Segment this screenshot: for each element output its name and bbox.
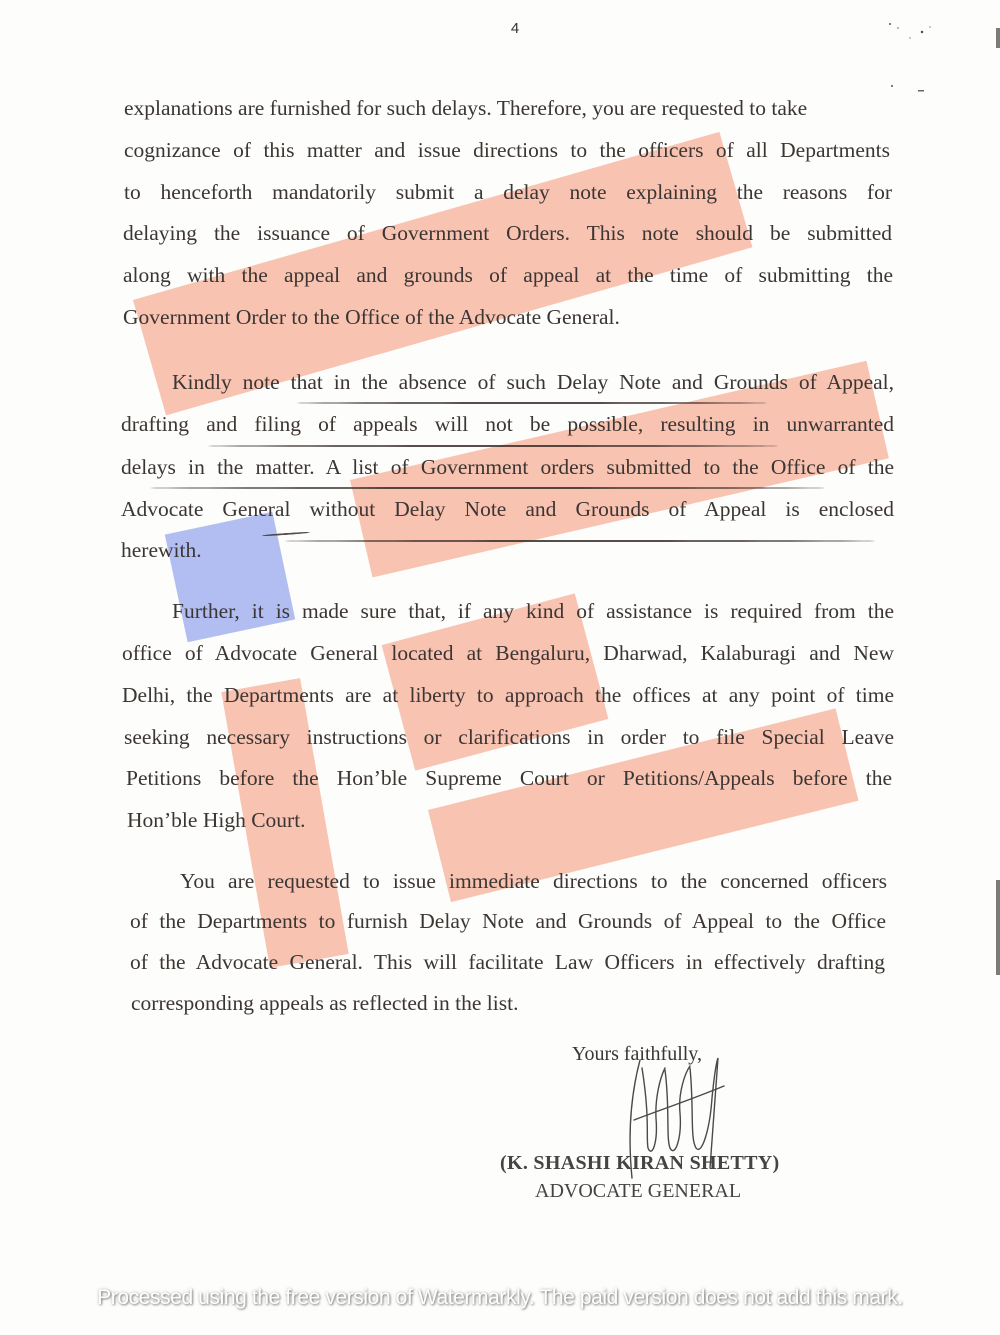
text-line: explanations are furnished for such dela…: [124, 88, 807, 129]
page-number: 4: [0, 20, 1000, 37]
text-line: Advocate General without Delay Note and …: [121, 489, 894, 530]
pen-underline: [208, 445, 778, 447]
text-line: herewith.: [121, 530, 202, 571]
text-line: Further, it is made sure that, if any ki…: [172, 591, 894, 632]
text-line: corresponding appeals as reflected in th…: [131, 983, 518, 1024]
text-line: Hon’ble High Court.: [127, 800, 306, 841]
text-line: of the Departments to furnish Delay Note…: [130, 901, 886, 942]
signatory-title: ADVOCATE GENERAL: [535, 1180, 741, 1203]
text-line: Delhi, the Departments are at liberty to…: [122, 675, 894, 716]
pen-underline: [285, 540, 875, 542]
text-line: seeking necessary instructions or clarif…: [124, 717, 894, 758]
scan-edge-bottom: [996, 880, 1000, 975]
text-line: of the Advocate General. This will facil…: [130, 942, 885, 983]
text-line: delaying the issuance of Government Orde…: [123, 213, 892, 254]
text-line: Kindly note that in the absence of such …: [172, 362, 894, 403]
text-line: You are requested to issue immediate dir…: [180, 861, 887, 902]
text-line: Petitions before the Hon’ble Supreme Cou…: [126, 758, 892, 799]
text-line: office of Advocate General located at Be…: [122, 633, 894, 674]
scan-specks: [880, 18, 960, 118]
pen-underline: [297, 402, 767, 404]
text-line: Government Order to the Office of the Ad…: [123, 297, 620, 338]
text-line: drafting and filing of appeals will not …: [121, 404, 894, 445]
text-line: along with the appeal and grounds of app…: [123, 255, 893, 296]
scan-edge-top: [996, 28, 1000, 48]
text-line: delays in the matter. A list of Governme…: [121, 447, 894, 488]
text-line: cognizance of this matter and issue dire…: [124, 130, 890, 171]
pen-underline: [150, 487, 825, 489]
text-line: to henceforth mandatorily submit a delay…: [124, 172, 892, 213]
signatory-name: (K. SHASHI KIRAN SHETTY): [500, 1152, 779, 1175]
watermarkly-notice: Processed using the free version of Wate…: [0, 1286, 1000, 1310]
